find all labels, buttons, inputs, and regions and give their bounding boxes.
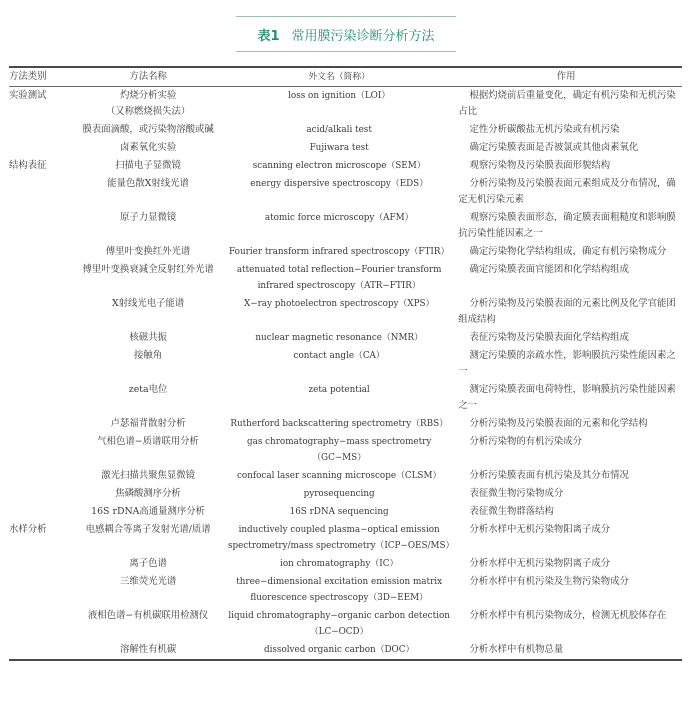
purpose-cell: 分析水样中无机污染物阴离子成分 [450,555,682,573]
method-name-cell: 原子力显微镜 [68,209,228,243]
purpose-text: 分析水样中有机污染及生物污染物成分 [458,574,682,590]
table-row: 原子力显微镜atomic force microscopy（AFM）观察污染膜表… [9,209,682,243]
category-cell [9,503,68,521]
method-name-cell: 溶解性有机碳 [68,641,228,660]
purpose-text: 分析污染物及污染膜表面元素组成及分布情况，确定无机污染元素 [458,176,682,208]
purpose-cell: 定性分析碳酸盐无机污染或有机污染 [450,121,682,139]
table-row: 实验测试灼烧分析实验（又称燃烧损失法）loss on ignition（LOI）… [9,87,682,122]
english-name-cell: dissolved organic carbon（DOC） [228,641,450,660]
purpose-text: 分析污染物及污染膜表面的元素比例及化学官能团组成结构 [458,296,682,328]
purpose-text: 分析污染膜表面有机污染及其分布情况 [458,468,682,484]
method-name-cell: 气相色谱−质谱联用分析 [68,433,228,467]
purpose-text: 分析污染物的有机污染成分 [458,434,682,450]
table-header-row: 方法类别 方法名称 外文名（简称） 作用 [9,67,682,87]
english-name-cell: atomic force microscopy（AFM） [228,209,450,243]
table-row: 核磁共振nuclear magnetic resonance（NMR）表征污染物… [9,329,682,347]
purpose-text: 表征微生物群落结构 [458,504,682,520]
english-name-cell: nuclear magnetic resonance（NMR） [228,329,450,347]
english-name-cell: loss on ignition（LOI） [228,87,450,122]
english-name-cell: attenuated total reflection−Fourier tran… [228,261,450,295]
table-row: 接触角contact angle（CA）测定污染膜的亲疏水性，影响膜抗污染性能因… [9,347,682,381]
table-row: 离子色谱ion chromatography（IC）分析水样中无机污染物阴离子成… [9,555,682,573]
category-cell [9,433,68,467]
method-name-cell: 16S rDNA高通量测序分析 [68,503,228,521]
table-caption: 表1 常用膜污染诊断分析方法 [236,16,456,52]
table-row: 激光扫描共聚焦显微镜confocal laser scanning micros… [9,467,682,485]
purpose-text: 测定污染膜表面电荷特性，影响膜抗污染性能因素之一 [458,382,682,414]
purpose-cell: 测定污染膜表面电荷特性，影响膜抗污染性能因素之一 [450,381,682,415]
purpose-cell: 观察污染膜表面形态，确定膜表面粗糙度和影响膜抗污染性能因素之一 [450,209,682,243]
category-cell [9,641,68,660]
method-name-cell: 激光扫描共聚焦显微镜 [68,467,228,485]
category-cell [9,467,68,485]
header-method-name: 方法名称 [68,67,228,87]
table-row: 水样分析电感耦合等离子发射光谱/质谱inductively coupled pl… [9,521,682,555]
table-title: 常用膜污染诊断分析方法 [292,25,435,44]
english-name-cell: 16S rDNA sequencing [228,503,450,521]
english-name-cell: Rutherford backscattering spectrometry（R… [228,415,450,433]
table-row: 傅里叶变换红外光谱Fourier transform infrared spec… [9,243,682,261]
table-row: 三维荧光光谱three−dimensional excitation emiss… [9,573,682,607]
method-name-cell: 能量色散X射线光谱 [68,175,228,209]
category-cell [9,555,68,573]
purpose-text: 根据灼烧前后重量变化，确定有机污染和无机污染占比 [458,88,682,120]
purpose-text: 确定污染物化学结构组成，确定有机污染物成分 [458,244,682,260]
purpose-cell: 分析水样中有机污染及生物污染物成分 [450,573,682,607]
english-name-cell: Fourier transform infrared spectroscopy（… [228,243,450,261]
english-name-cell: Fujiwara test [228,139,450,157]
table-row: 膜表面滴酸，或污染物溶酸或碱acid/alkali test定性分析碳酸盐无机污… [9,121,682,139]
method-name-cell: 接触角 [68,347,228,381]
english-name-cell: contact angle（CA） [228,347,450,381]
table-row: 卤素氧化实验Fujiwara test确定污染膜表面是否被氯或其他卤素氧化 [9,139,682,157]
english-name-cell: energy dispersive spectroscopy（EDS） [228,175,450,209]
category-cell: 实验测试 [9,87,68,122]
english-name-cell: ion chromatography（IC） [228,555,450,573]
purpose-text: 表征污染物及污染膜表面化学结构组成 [458,330,682,346]
table-row: 溶解性有机碳dissolved organic carbon（DOC）分析水样中… [9,641,682,660]
method-name-cell: 卢瑟福背散射分析 [68,415,228,433]
table-row: 能量色散X射线光谱energy dispersive spectroscopy（… [9,175,682,209]
table-row: X射线光电子能谱X−ray photoelectron spectroscopy… [9,295,682,329]
method-name-cell: 电感耦合等离子发射光谱/质谱 [68,521,228,555]
purpose-cell: 表征污染物及污染膜表面化学结构组成 [450,329,682,347]
method-name-cell: 焦磷酸测序分析 [68,485,228,503]
purpose-text: 测定污染膜的亲疏水性，影响膜抗污染性能因素之一 [458,348,682,380]
method-name-cell: X射线光电子能谱 [68,295,228,329]
category-cell: 结构表征 [9,157,68,175]
purpose-cell: 分析水样中无机污染物阳离子成分 [450,521,682,555]
method-name-cell: 傅里叶变换衰减全反射红外光谱 [68,261,228,295]
english-name-cell: scanning electron microscope（SEM） [228,157,450,175]
purpose-cell: 分析污染物的有机污染成分 [450,433,682,467]
purpose-text: 观察污染物及污染膜表面形貌结构 [458,158,682,174]
purpose-text: 分析水样中有机物总量 [458,642,682,658]
purpose-text: 确定污染膜表面是否被氯或其他卤素氧化 [458,140,682,156]
category-cell [9,573,68,607]
purpose-text: 观察污染膜表面形态，确定膜表面粗糙度和影响膜抗污染性能因素之一 [458,210,682,242]
method-name-cell: 膜表面滴酸，或污染物溶酸或碱 [68,121,228,139]
category-cell [9,607,68,641]
english-name-cell: inductively coupled plasma−optical emiss… [228,521,450,555]
table-number: 表1 [257,25,279,44]
purpose-text: 分析水样中无机污染物阳离子成分 [458,522,682,538]
purpose-cell: 观察污染物及污染膜表面形貌结构 [450,157,682,175]
english-name-cell: X−ray photoelectron spectroscopy（XPS） [228,295,450,329]
table-row: 卢瑟福背散射分析Rutherford backscattering spectr… [9,415,682,433]
method-name-cell: 核磁共振 [68,329,228,347]
table-row: 液相色谱−有机碳联用检测仪liquid chromatography−organ… [9,607,682,641]
table-row: 焦磷酸测序分析pyrosequencing表征微生物污染物成分 [9,485,682,503]
purpose-text: 表征微生物污染物成分 [458,486,682,502]
table-row: 傅里叶变换衰减全反射红外光谱attenuated total reflectio… [9,261,682,295]
purpose-cell: 确定污染物化学结构组成，确定有机污染物成分 [450,243,682,261]
category-cell [9,175,68,209]
method-name-cell: 三维荧光光谱 [68,573,228,607]
category-cell [9,485,68,503]
purpose-cell: 分析污染物及污染膜表面的元素和化学结构 [450,415,682,433]
method-name-cell: 液相色谱−有机碳联用检测仪 [68,607,228,641]
purpose-cell: 根据灼烧前后重量变化，确定有机污染和无机污染占比 [450,87,682,122]
english-name-cell: gas chromatography−mass spectrometry（GC−… [228,433,450,467]
purpose-text: 分析污染物及污染膜表面的元素和化学结构 [458,416,682,432]
table-body: 实验测试灼烧分析实验（又称燃烧损失法）loss on ignition（LOI）… [9,87,682,661]
category-cell: 水样分析 [9,521,68,555]
category-cell [9,261,68,295]
purpose-cell: 确定污染膜表面官能团和化学结构组成 [450,261,682,295]
purpose-text: 分析水样中有机污染物成分，检测无机胶体存在 [458,608,682,624]
category-cell [9,121,68,139]
method-name-cell: zeta电位 [68,381,228,415]
purpose-text: 确定污染膜表面官能团和化学结构组成 [458,262,682,278]
english-name-cell: three−dimensional excitation emission ma… [228,573,450,607]
method-name-cell: 扫描电子显微镜 [68,157,228,175]
english-name-cell: confocal laser scanning microscope（CLSM） [228,467,450,485]
category-cell [9,295,68,329]
header-english-name: 外文名（简称） [228,67,450,87]
header-category: 方法类别 [9,67,68,87]
purpose-cell: 表征微生物污染物成分 [450,485,682,503]
category-cell [9,329,68,347]
purpose-text: 分析水样中无机污染物阴离子成分 [458,556,682,572]
table-row: zeta电位zeta potential测定污染膜表面电荷特性，影响膜抗污染性能… [9,381,682,415]
category-cell [9,243,68,261]
purpose-cell: 分析水样中有机物总量 [450,641,682,660]
table-row: 16S rDNA高通量测序分析16S rDNA sequencing表征微生物群… [9,503,682,521]
english-name-cell: zeta potential [228,381,450,415]
category-cell [9,139,68,157]
method-name-cell: 灼烧分析实验（又称燃烧损失法） [68,87,228,122]
english-name-cell: pyrosequencing [228,485,450,503]
purpose-cell: 分析污染物及污染膜表面的元素比例及化学官能团组成结构 [450,295,682,329]
diagnosis-methods-table: 方法类别 方法名称 外文名（简称） 作用 实验测试灼烧分析实验（又称燃烧损失法）… [9,66,682,661]
purpose-cell: 分析水样中有机污染物成分，检测无机胶体存在 [450,607,682,641]
table-row: 结构表征扫描电子显微镜scanning electron microscope（… [9,157,682,175]
purpose-cell: 分析污染物及污染膜表面元素组成及分布情况，确定无机污染元素 [450,175,682,209]
method-name-cell: 卤素氧化实验 [68,139,228,157]
english-name-cell: acid/alkali test [228,121,450,139]
purpose-cell: 分析污染膜表面有机污染及其分布情况 [450,467,682,485]
method-name-cell: 离子色谱 [68,555,228,573]
category-cell [9,381,68,415]
purpose-cell: 表征微生物群落结构 [450,503,682,521]
purpose-cell: 确定污染膜表面是否被氯或其他卤素氧化 [450,139,682,157]
header-purpose: 作用 [450,67,682,87]
category-cell [9,209,68,243]
category-cell [9,347,68,381]
english-name-cell: liquid chromatography−organic carbon det… [228,607,450,641]
table-row: 气相色谱−质谱联用分析gas chromatography−mass spect… [9,433,682,467]
category-cell [9,415,68,433]
method-name-cell: 傅里叶变换红外光谱 [68,243,228,261]
purpose-cell: 测定污染膜的亲疏水性，影响膜抗污染性能因素之一 [450,347,682,381]
purpose-text: 定性分析碳酸盐无机污染或有机污染 [458,122,682,138]
